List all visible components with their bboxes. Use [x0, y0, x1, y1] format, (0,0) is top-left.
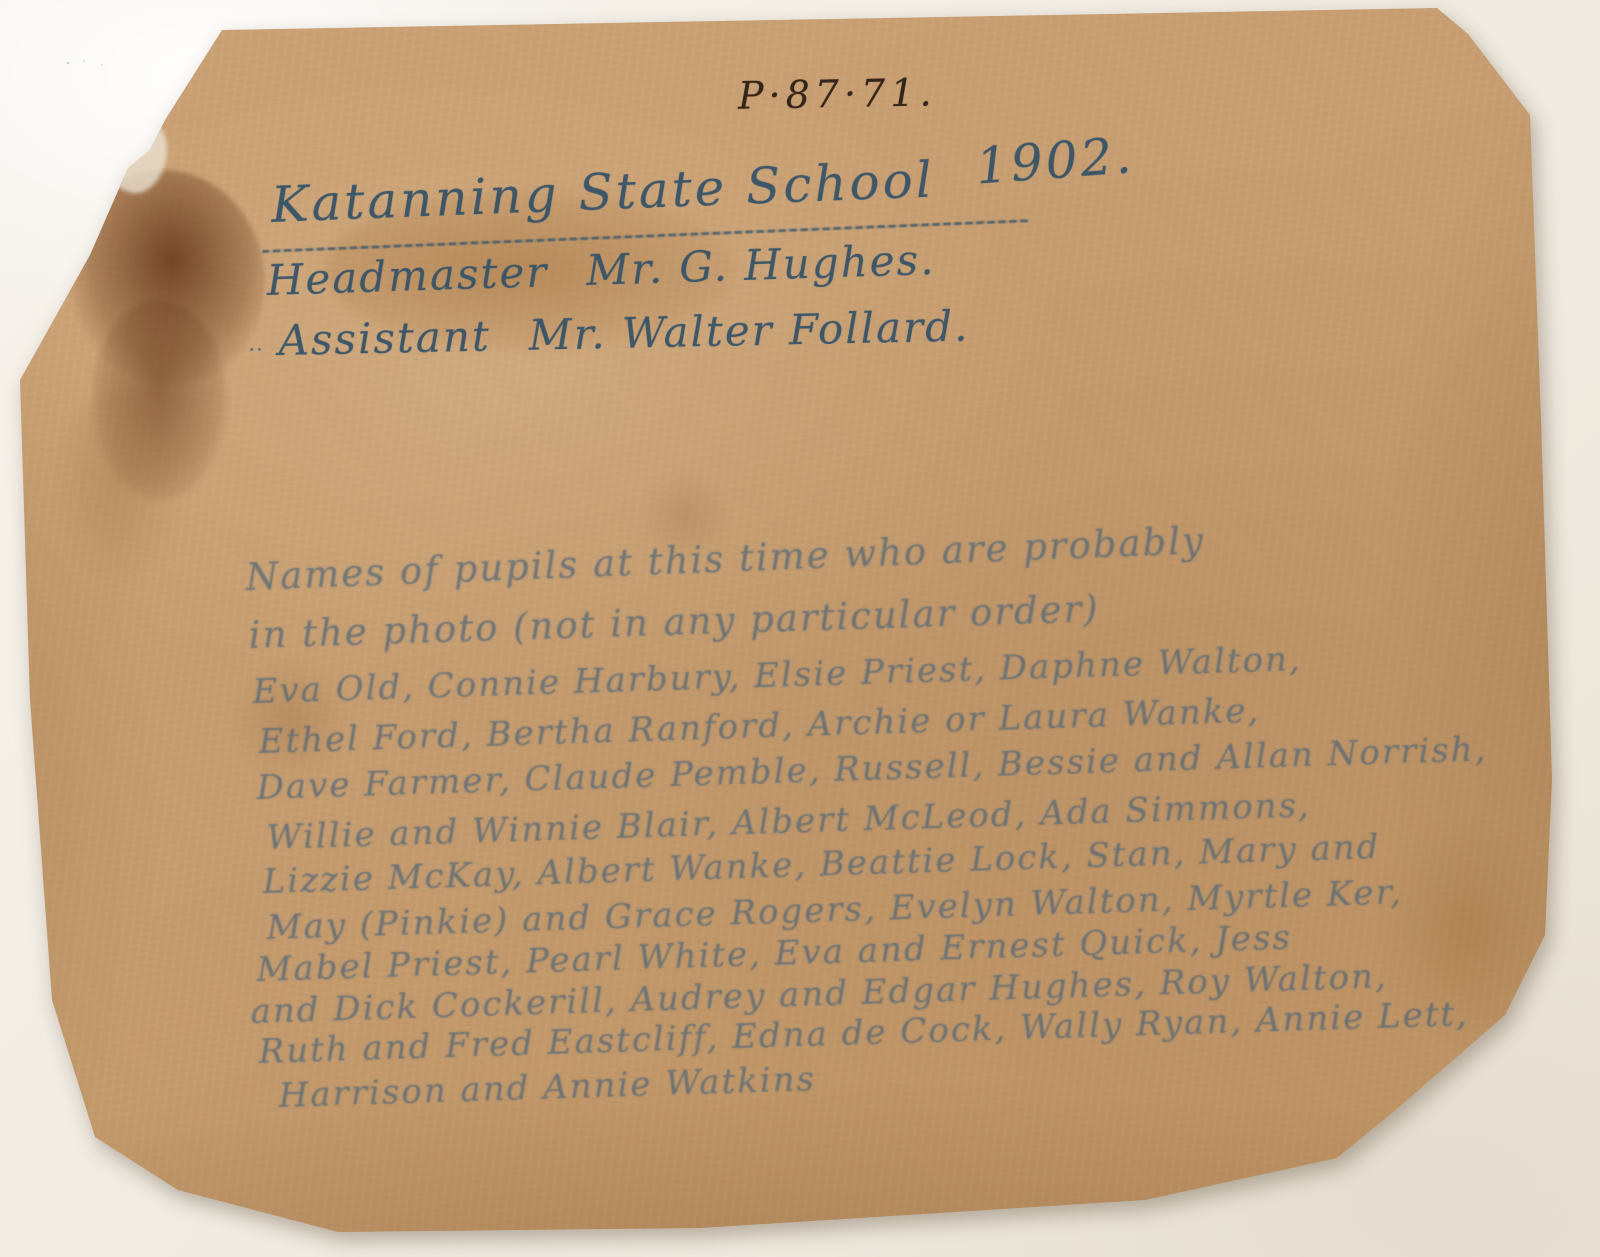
stray-ink-dots: ·· [248, 336, 263, 364]
catalog-number: P·87·71. [738, 70, 937, 117]
assistant-label: Assistant [278, 312, 491, 365]
headmaster-label: Headmaster [266, 247, 549, 305]
card-shadow-wrap: P·87·71. Katanning State School1902. Hea… [0, 0, 1600, 1257]
title-year: 1902. [974, 126, 1136, 195]
photo-card-back: P·87·71. Katanning State School1902. Hea… [0, 0, 1600, 1257]
assistant-name: Mr. Walter Follard. [528, 302, 970, 360]
scan-background: P·87·71. Katanning State School1902. Hea… [0, 0, 1600, 1257]
